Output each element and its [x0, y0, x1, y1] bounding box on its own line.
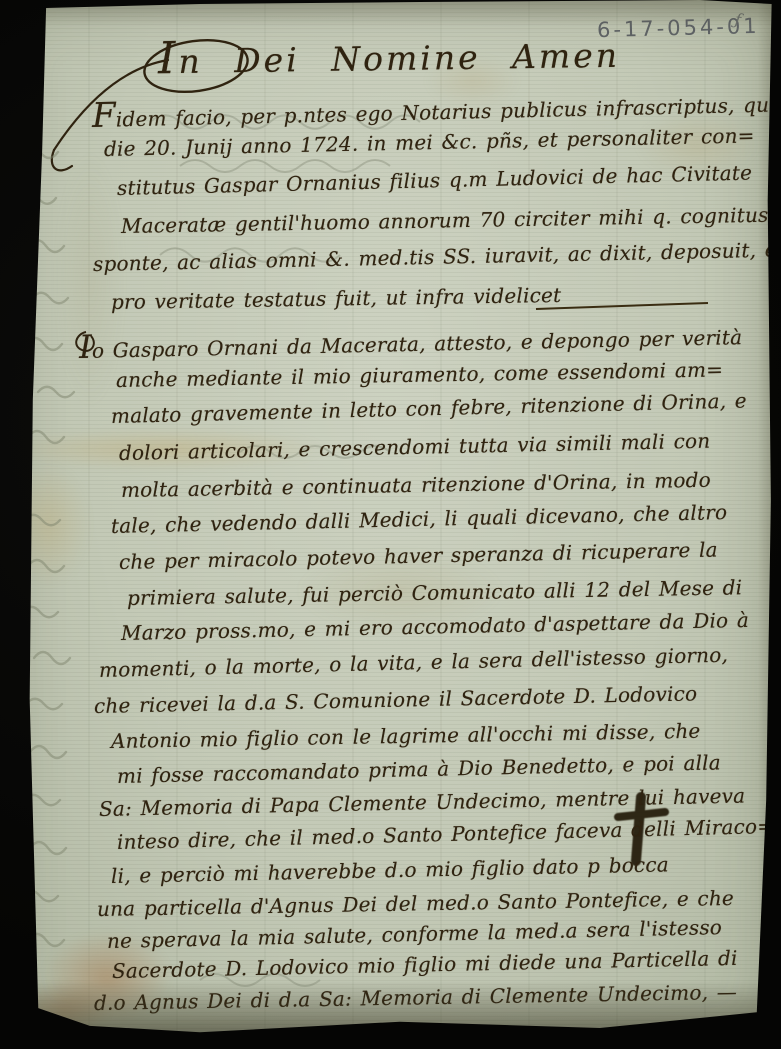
manuscript-line: Antonio mio figlio con le lagrime all'oc…	[111, 719, 701, 753]
document-title: In Dei Nomine Amen	[158, 27, 621, 84]
manuscript-line: stitutus Gaspar Ornanius filius q.m Ludo…	[117, 160, 753, 200]
paper-stain	[6, 462, 91, 587]
manuscript-line: sponte, ac alias omni &. med.tis SS. iur…	[93, 238, 781, 276]
manuscript-line: anche mediante il mio giuramento, come e…	[116, 357, 723, 392]
title-flourish	[141, 34, 251, 98]
manuscript-line: una particella d'Agnus Dei del med.o San…	[97, 886, 734, 921]
manuscript-line: Maceratæ gentil'huomo annorum 70 circite…	[121, 202, 781, 238]
manuscript-line: Sacerdote D. Lodovico mio figlio mi died…	[112, 946, 738, 983]
paper-stain	[635, 112, 760, 177]
paper-stain	[425, 55, 520, 107]
manuscript-line: momenti, o la morte, o la vita, e la ser…	[99, 643, 729, 682]
manuscript-line: molta acerbità e continuata ritenzione d…	[121, 468, 711, 502]
paper-stain	[0, 428, 330, 470]
manuscript-line: inteso dire, che il med.o Santo Pontefic…	[117, 814, 775, 854]
paper-stain	[42, 930, 172, 1025]
bleedthrough-ghost-lines	[150, 115, 420, 986]
paper-stain	[55, 150, 125, 410]
manuscript-line: che per miracolo potevo haver speranza d…	[119, 537, 718, 574]
manuscript-line: ne sperava la mia salute, conforme la me…	[107, 915, 723, 953]
archive-reference: 6-17-054-01	[597, 14, 760, 42]
corner-mark: ƒ	[734, 10, 743, 30]
initial-swash-flourish	[52, 60, 168, 170]
paper-stain	[295, 548, 505, 633]
io-initial-flourish	[76, 332, 94, 351]
manuscript-line: dolori articolari, e crescendomi tutta v…	[119, 429, 711, 465]
paper-stain	[16, 982, 111, 1037]
manuscript-line: Sa: Memoria di Papa Clemente Undecimo, m…	[99, 783, 746, 821]
manuscript-line: Fidem facio, per p.ntes ego Notarius pub…	[92, 79, 781, 136]
manuscript-line: mi fosse raccomandato prima à Dio Benede…	[117, 750, 721, 788]
manuscript-line: malato gravemente in letto con febre, ri…	[111, 388, 747, 428]
manuscript-line: d.o Agnus Dei di d.a Sa: Memoria di Clem…	[94, 980, 737, 1015]
manuscript-line: li, e perciò mi haverebbe d.o mio figlio…	[111, 852, 669, 888]
manuscript-line: che ricevei la d.a S. Comunione il Sacer…	[94, 681, 698, 718]
ink-cross-blot	[618, 797, 665, 861]
manuscript-line: Io Gasparo Ornani da Macerata, attesto, …	[79, 314, 743, 366]
bleedthrough-ink-marks	[20, 146, 74, 946]
manuscript-line: primiera salute, fui perciò Comunicato a…	[127, 575, 743, 610]
ink-decorations	[0, 0, 781, 1049]
manuscript-line: Marzo pross.mo, e mi ero accomodato d'as…	[121, 608, 749, 645]
manuscript-line: tale, che vedendo dalli Medici, li quali…	[111, 500, 728, 538]
videlicet-underline	[536, 303, 708, 309]
manuscript-paper: 6-17-054-01 ƒ In Dei Nomine Amen Fidem f…	[0, 0, 781, 1049]
photo-background: 6-17-054-01 ƒ In Dei Nomine Amen Fidem f…	[0, 0, 781, 1049]
manuscript-line: pro veritate testatus fuit, ut infra vid…	[111, 283, 562, 314]
manuscript-line: die 20. Junij anno 1724. in mei &c. pñs,…	[104, 123, 755, 161]
